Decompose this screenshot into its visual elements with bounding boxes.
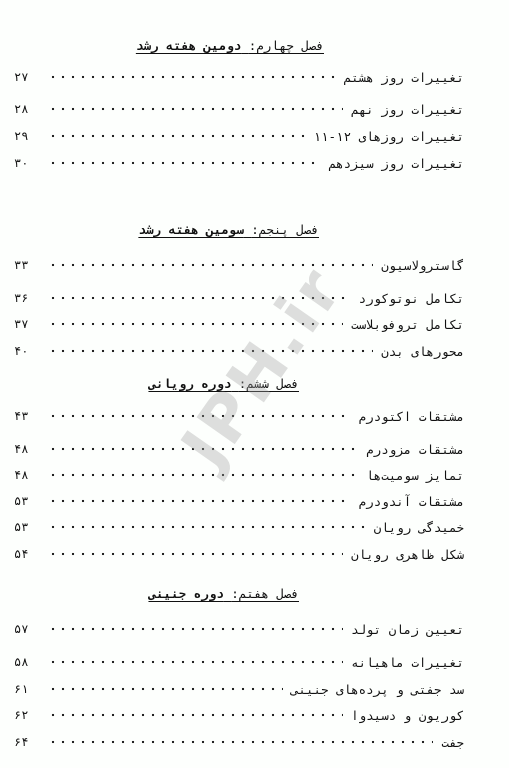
dot-leader	[48, 712, 343, 718]
dot-leader	[48, 446, 358, 452]
page-number: ۴۳	[14, 409, 38, 423]
page-number: ۴۸	[14, 442, 38, 456]
toc-entry[interactable]: گاسترولاسیون ۳۳	[14, 256, 464, 274]
entry-title: مشتقات مزودرم	[358, 442, 464, 457]
page-number: ۶۱	[14, 682, 38, 696]
page-number: ۳۶	[14, 291, 38, 305]
page-number: ۵۴	[14, 547, 38, 561]
dot-leader	[48, 295, 351, 301]
chapter-4-heading: فصل چهارم: دومین هفته رشد	[136, 38, 324, 53]
toc-entry[interactable]: تعیین زمان تولد ۵۷	[14, 620, 464, 638]
toc-entry[interactable]: کوریون و دسیدوا ۶۲	[14, 706, 464, 724]
entry-title: تکامل تروفوبلاست	[343, 317, 464, 332]
chapter-label: فصل چهارم:	[249, 38, 324, 53]
page-number: ۳۷	[14, 317, 38, 331]
toc-entry[interactable]: تغییرات روز سیزدهم ۳۰	[14, 154, 464, 172]
dot-leader	[48, 472, 358, 478]
toc-entry[interactable]: تغییرات ماهیانه ۵۸	[14, 653, 464, 671]
entry-title: کوریون و دسیدوا	[343, 708, 464, 723]
entry-title: شکل ظاهری رویان	[343, 547, 464, 562]
dot-leader	[48, 413, 351, 419]
toc-entry[interactable]: تکامل تروفوبلاست ۳۷	[14, 315, 464, 333]
chapter-title: سومین هفته رشد	[138, 222, 243, 237]
page-number: ۲۹	[14, 129, 38, 143]
chapter-title: دوره رویانی	[148, 376, 231, 391]
chapter-label: فصل ششم:	[239, 376, 299, 391]
chapter-title: دوره جنینی	[148, 586, 223, 601]
page-number: ۶۴	[14, 735, 38, 749]
dot-leader	[48, 321, 343, 327]
chapter-7-heading: فصل هفتم: دوره جنینی	[148, 586, 299, 601]
toc-entry[interactable]: مشتقات آندودرم ۵۳	[14, 492, 464, 510]
entry-title: مشتقات اکتودرم	[351, 409, 464, 424]
page-number: ۳۳	[14, 258, 38, 272]
entry-title: تغییرات روز سیزدهم	[321, 156, 464, 171]
toc-entry[interactable]: جفت ۶۴	[14, 733, 464, 751]
dot-leader	[48, 74, 336, 80]
dot-leader	[48, 262, 373, 268]
toc-page: فصل چهارم: دومین هفته رشد تغییرات روز هش…	[0, 0, 509, 768]
entry-title: خمیدگی رویان	[366, 520, 464, 535]
page-number: ۴۰	[14, 344, 38, 358]
entry-title: تمایز سومیت‌ها	[358, 468, 464, 483]
page-number: ۴۸	[14, 468, 38, 482]
toc-entry[interactable]: تغییرات روز نهم ۲۸	[14, 100, 464, 118]
dot-leader	[48, 133, 305, 139]
page-number: ۶۲	[14, 708, 38, 722]
chapter-label: فصل پنجم:	[251, 222, 319, 237]
toc-entry[interactable]: شکل ظاهری رویان ۵۴	[14, 545, 464, 563]
page-number: ۲۸	[14, 102, 38, 116]
page-number: ۳۰	[14, 156, 38, 170]
dot-leader	[48, 348, 373, 354]
toc-entry[interactable]: محورهای بدن ۴۰	[14, 342, 464, 360]
toc-entry[interactable]: مشتقات اکتودرم ۴۳	[14, 407, 464, 425]
entry-title: تغییرات ماهیانه	[343, 655, 464, 670]
entry-title: گاسترولاسیون	[373, 258, 464, 273]
dot-leader	[48, 626, 343, 632]
page-number: ۵۳	[14, 520, 38, 534]
chapter-5-heading: فصل پنجم: سومین هفته رشد	[138, 222, 319, 237]
dot-leader	[48, 106, 343, 112]
dot-leader	[48, 686, 283, 692]
toc-entry[interactable]: تمایز سومیت‌ها ۴۸	[14, 466, 464, 484]
entry-title: تغییرات روز نهم	[343, 102, 464, 117]
toc-entry[interactable]: مشتقات مزودرم ۴۸	[14, 440, 464, 458]
toc-entry[interactable]: تکامل نوتوکورد ۳۶	[14, 289, 464, 307]
dot-leader	[48, 160, 321, 166]
entry-title: تغییرات روزهای ۱۲-۱۱	[305, 129, 464, 144]
entry-title: تغییرات روز هشتم	[336, 70, 464, 85]
dot-leader	[48, 498, 351, 504]
entry-title: محورهای بدن	[373, 344, 464, 359]
entry-title: سد جفتی و پرده‌های جنینی	[283, 682, 464, 697]
dot-leader	[48, 739, 433, 745]
page-number: ۵۳	[14, 494, 38, 508]
toc-entry[interactable]: تغییرات روزهای ۱۲-۱۱ ۲۹	[14, 127, 464, 145]
dot-leader	[48, 524, 366, 530]
page-number: ۵۸	[14, 655, 38, 669]
entry-title: تعیین زمان تولد	[343, 622, 464, 637]
chapter-title: دومین هفته رشد	[136, 38, 241, 53]
entry-title: مشتقات آندودرم	[351, 494, 464, 509]
entry-title: جفت	[433, 735, 464, 750]
toc-entry[interactable]: تغییرات روز هشتم ۲۷	[14, 68, 464, 86]
chapter-label: فصل هفتم:	[231, 586, 299, 601]
dot-leader	[48, 659, 343, 665]
dot-leader	[48, 551, 343, 557]
toc-entry[interactable]: خمیدگی رویان ۵۳	[14, 518, 464, 536]
entry-title: تکامل نوتوکورد	[351, 291, 464, 306]
page-number: ۲۷	[14, 70, 38, 84]
chapter-6-heading: فصل ششم: دوره رویانی	[148, 376, 299, 391]
page-number: ۵۷	[14, 622, 38, 636]
toc-entry[interactable]: سد جفتی و پرده‌های جنینی ۶۱	[14, 680, 464, 698]
